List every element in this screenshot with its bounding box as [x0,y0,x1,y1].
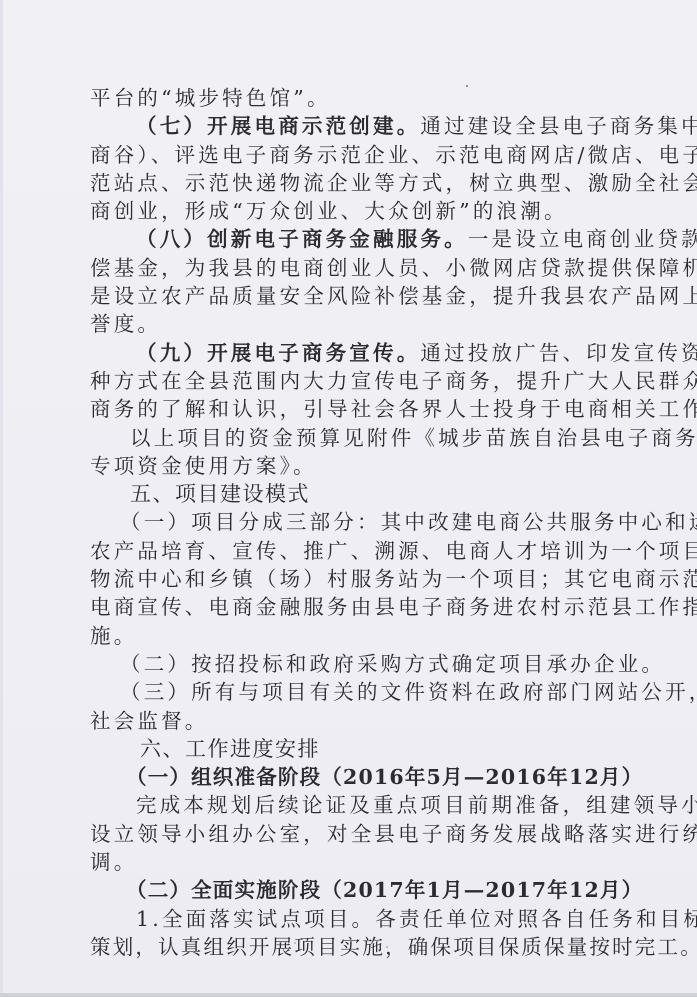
text-line: 专项资金使用方案》。 [90,452,638,480]
text-line: （二）按招投标和政府采购方式确定项目承办企业。 [90,650,638,678]
scan-speck [466,85,468,87]
section-title-seven: （七）开展电商示范创建。 [136,114,420,138]
text-line: 种方式在全县范围内大力宣传电子商务，提升广大人民群众对电子 [90,367,638,395]
page-edge [0,0,3,997]
text-line: 是设立农产品质量安全风险补偿基金，提升我县农产品网上销售信 [90,282,638,310]
scan-speck [294,942,296,944]
text-span: 通过投放广告、印发宣传资料等多 [420,341,697,365]
section-heading-six: 六、工作进度安排 [90,735,638,763]
page-edge [0,993,697,997]
text-line: 偿基金，为我县的电商创业人员、小微网店贷款提供保障机制。二 [90,254,638,282]
section-title-eight: （八）创新电子商务金融服务。 [136,227,468,251]
text-line: 商谷）、评选电子商务示范企业、示范电商网店/微店、电子商务示 [90,141,638,169]
text-line: 1.全面落实试点项目。各责任单位对照各自任务和目标，精心 [90,905,638,933]
section-nine-line: （九）开展电子商务宣传。通过投放广告、印发宣传资料等多 [90,339,638,367]
text-line: 范站点、示范快递物流企业等方式，树立典型、激励全社会从事电 [90,169,638,197]
section-title-nine: （九）开展电子商务宣传。 [136,341,420,365]
text-line: 以上项目的资金预算见附件《城步苗族自治县电子商务进农村 [90,424,638,452]
text-line: （三）所有与项目有关的文件资料在政府部门网站公开，接受 [90,678,638,706]
text-line: 誉度。 [90,310,638,338]
text-line: 商务的了解和认识，引导社会各界人士投身于电商相关工作。 [90,395,638,423]
text-line: 完成本规划后续论证及重点项目前期准备，组建领导小组，并 [90,791,638,819]
scanned-page: 平台的“城步特色馆”。 （七）开展电商示范创建。通过建设全县电子商务集中区（电 … [0,0,697,997]
text-line: 设立领导小组办公室，对全县电子商务发展战略落实进行统一协 [90,820,638,848]
text-span: 一是设立电商创业贷款风险补 [468,227,697,251]
text-line: 调。 [90,848,638,876]
text-span: 通过建设全县电子商务集中区（电 [420,114,697,138]
section-seven-line: （七）开展电商示范创建。通过建设全县电子商务集中区（电 [90,112,638,140]
section-eight-line: （八）创新电子商务金融服务。一是设立电商创业贷款风险补 [90,225,638,253]
text-line: 商创业，形成“万众创业、大众创新”的浪潮。 [90,197,638,225]
section-heading-five: 五、项目建设模式 [90,480,638,508]
text-line: 农产品培育、宣传、推广、溯源、电商人才培训为一个项目；电商 [90,537,638,565]
text-line: 社会监督。 [90,707,638,735]
scan-speck [386,946,388,948]
text-line: 平台的“城步特色馆”。 [90,84,638,112]
text-line: 策划，认真组织开展项目实施，确保项目保质保量按时完工。2017 [90,933,638,961]
stage-heading-one: （一）组织准备阶段（2016年5月—2016年12月） [90,763,638,791]
text-line: 物流中心和乡镇（场）村服务站为一个项目；其它电商示范创建、 [90,565,638,593]
stage-heading-two: （二）全面实施阶段（2017年1月—2017年12月） [90,876,638,904]
text-line: （一）项目分成三部分：其中改建电商公共服务中心和运营、 [90,508,638,536]
text-line: 电商宣传、电商金融服务由县电子商务进农村示范县工作指挥部实 [90,593,638,621]
text-line: 施。 [90,622,638,650]
document-body: 平台的“城步特色馆”。 （七）开展电商示范创建。通过建设全县电子商务集中区（电 … [90,84,638,961]
